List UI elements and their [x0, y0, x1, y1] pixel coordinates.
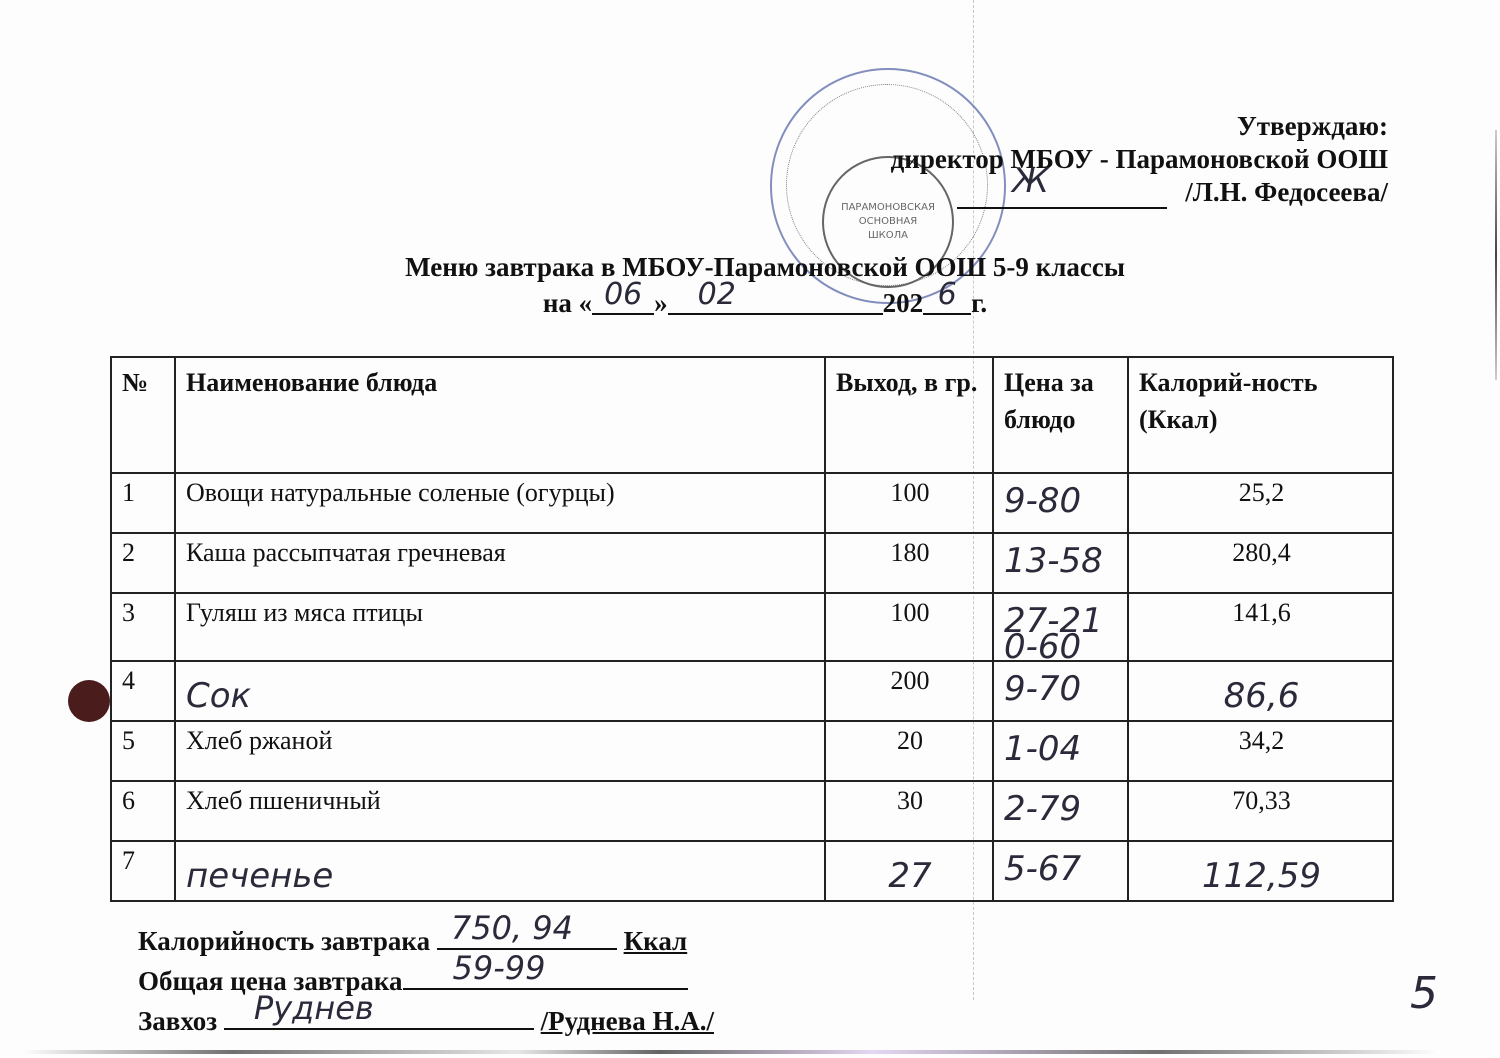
- page-title: Меню завтрака в МБОУ-Парамоновской ООШ 5…: [0, 252, 1500, 283]
- dish-name: Сок: [175, 661, 825, 721]
- date-month: 02: [698, 277, 736, 312]
- dish-name-handwritten: печенье: [186, 846, 816, 896]
- dish-price: 13-58: [993, 533, 1128, 593]
- price-value: 59-99: [453, 950, 546, 987]
- row-num: 7: [111, 841, 175, 901]
- dish-price-handwritten: 2-79: [1004, 786, 1119, 822]
- storekeeper-line: Завхоз Руднев /Руднева Н.А./: [138, 1000, 714, 1040]
- stamp-line: ОСНОВНАЯ: [859, 215, 917, 229]
- storekeeper-label: Завхоз: [138, 1006, 217, 1036]
- dish-kcal: 141,6: [1128, 593, 1393, 661]
- storekeeper-signature: Руднев: [254, 990, 374, 1027]
- dish-output: 20: [825, 721, 993, 781]
- dish-output: 100: [825, 593, 993, 661]
- price-field: 59-99: [403, 960, 688, 990]
- approval-signature-row: Ж/Л.Н. Федосеева/: [891, 176, 1388, 209]
- table-header-row: № Наименование блюда Выход, в гр. Цена з…: [111, 357, 1393, 473]
- director-signature-line: Ж: [957, 177, 1167, 209]
- date-month-field: 02: [668, 285, 883, 315]
- header-name: Наименование блюда: [175, 357, 825, 473]
- table-row: 1Овощи натуральные соленые (огурцы)1009-…: [111, 473, 1393, 533]
- dish-price-handwritten: 13-58: [1004, 538, 1119, 574]
- dish-kcal-handwritten: 112,59: [1139, 846, 1384, 896]
- date-year-prefix: 202: [883, 288, 924, 318]
- price-line: Общая цена завтрака59-99: [138, 960, 714, 1000]
- stamp-line: ШКОЛА: [868, 229, 908, 243]
- dish-price: 2-79: [993, 781, 1128, 841]
- dish-price-handwritten: 27-21 0-60: [1004, 598, 1119, 660]
- table-row: 2Каша рассыпчатая гречневая18013-58280,4: [111, 533, 1393, 593]
- dish-price: 9-80: [993, 473, 1128, 533]
- dish-name: Хлеб пшеничный: [175, 781, 825, 841]
- dish-output: 27: [825, 841, 993, 901]
- dish-kcal: 25,2: [1128, 473, 1393, 533]
- calories-field: 750, 94: [437, 920, 617, 950]
- storekeeper-name: /Руднева Н.А./: [541, 1006, 714, 1036]
- header-output: Выход, в гр.: [825, 357, 993, 473]
- calories-line: Калорийность завтрака 750, 94 Ккал: [138, 920, 714, 960]
- dish-price: 5-67: [993, 841, 1128, 901]
- calories-unit: Ккал: [624, 926, 688, 956]
- dish-price: 1-04: [993, 721, 1128, 781]
- hole-punch-mark: [68, 680, 110, 722]
- date-quote: »: [654, 288, 668, 318]
- dish-output: 100: [825, 473, 993, 533]
- dish-kcal-handwritten: 86,6: [1139, 666, 1384, 716]
- header-price: Цена за блюдо: [993, 357, 1128, 473]
- table-row: 4Сок2009-7086,6: [111, 661, 1393, 721]
- row-num: 5: [111, 721, 175, 781]
- menu-date: на «06»022026г.: [0, 285, 1500, 319]
- dish-kcal: 280,4: [1128, 533, 1393, 593]
- dish-price-handwritten: 5-67: [1004, 846, 1119, 882]
- table-row: 7печенье275-67112,59: [111, 841, 1393, 901]
- dish-price-handwritten: 9-70: [1004, 666, 1119, 702]
- dish-name: Каша рассыпчатая гречневая: [175, 533, 825, 593]
- dish-output: 30: [825, 781, 993, 841]
- row-num: 3: [111, 593, 175, 661]
- calories-value: 750, 94: [451, 910, 573, 947]
- director-signature: Ж: [1012, 165, 1049, 198]
- dish-output: 200: [825, 661, 993, 721]
- storekeeper-signature-field: Руднев: [224, 1000, 534, 1030]
- dish-name: Гуляш из мяса птицы: [175, 593, 825, 661]
- dish-price-handwritten: 1-04: [1004, 726, 1119, 762]
- table-row: 6Хлеб пшеничный302-7970,33: [111, 781, 1393, 841]
- dish-output: 180: [825, 533, 993, 593]
- dish-kcal: 112,59: [1128, 841, 1393, 901]
- header-kcal: Калорий-ность (Ккал): [1128, 357, 1393, 473]
- calories-label: Калорийность завтрака: [138, 926, 430, 956]
- row-num: 6: [111, 781, 175, 841]
- date-prefix: на «: [543, 288, 592, 318]
- dish-price-handwritten: 9-80: [1004, 478, 1119, 514]
- approval-heading: Утверждаю:: [891, 110, 1388, 143]
- header-num: №: [111, 357, 175, 473]
- dish-price: 9-70: [993, 661, 1128, 721]
- dish-name: печенье: [175, 841, 825, 901]
- row-num: 1: [111, 473, 175, 533]
- date-year-suffix: 6: [938, 277, 957, 312]
- page-edge-bottom: [20, 1050, 1440, 1054]
- dish-name: Хлеб ржаной: [175, 721, 825, 781]
- page-number: 5: [1410, 968, 1438, 1019]
- date-day: 06: [604, 277, 642, 312]
- row-num: 4: [111, 661, 175, 721]
- dish-price: 27-21 0-60: [993, 593, 1128, 661]
- row-num: 2: [111, 533, 175, 593]
- table-row: 3Гуляш из мяса птицы10027-21 0-60141,6: [111, 593, 1393, 661]
- director-name: /Л.Н. Федосеева/: [1185, 177, 1388, 207]
- date-suffix: г.: [971, 288, 987, 318]
- dish-kcal: 34,2: [1128, 721, 1393, 781]
- menu-table: № Наименование блюда Выход, в гр. Цена з…: [110, 356, 1394, 902]
- dish-kcal: 86,6: [1128, 661, 1393, 721]
- dish-output-handwritten: 27: [836, 846, 984, 896]
- dish-kcal: 70,33: [1128, 781, 1393, 841]
- summary-block: Калорийность завтрака 750, 94 Ккал Общая…: [138, 920, 714, 1040]
- dish-name: Овощи натуральные соленые (огурцы): [175, 473, 825, 533]
- dish-name-handwritten: Сок: [186, 666, 816, 716]
- date-day-field: 06: [592, 285, 654, 315]
- approval-position: директор МБОУ - Парамоновской ООШ: [891, 143, 1388, 176]
- date-year-field: 6: [923, 285, 971, 315]
- table-row: 5Хлеб ржаной201-0434,2: [111, 721, 1393, 781]
- approval-block: Утверждаю: директор МБОУ - Парамоновской…: [891, 110, 1388, 209]
